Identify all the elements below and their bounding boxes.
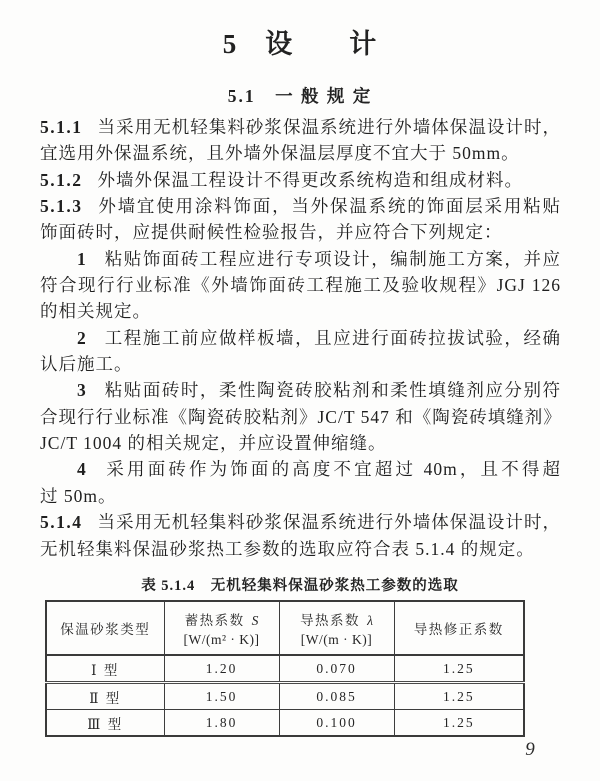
- mortar-type-cell: Ⅲ 型: [46, 710, 164, 737]
- clause-text: 当采用无机轻集料砂浆保温系统进行外墙体保温设计时，: [98, 512, 562, 532]
- clause-line: 5.1.2外墙外保温工程设计不得更改系统构造和组成材料。: [40, 167, 561, 193]
- clause-text: 粘贴饰面砖工程应进行专项设计，编制施工方案，并应: [104, 249, 561, 269]
- list-item-line: 1粘贴饰面砖工程应进行专项设计，编制施工方案，并应: [40, 246, 561, 272]
- page-number: 9: [505, 739, 555, 761]
- clause-line: 饰面砖时，应提供耐候性检验报告，并应符合下列规定：: [40, 219, 561, 245]
- mortar-type-cell: Ⅰ 型: [46, 655, 164, 683]
- header-symbol: S: [252, 613, 259, 628]
- clause-number: 5.1.3: [40, 196, 83, 216]
- table-row: Ⅲ 型1.800.1001.25: [46, 710, 524, 737]
- item-number: 2: [77, 328, 87, 348]
- table-header-cell: 蓄热系数S[W/(m² · K)]: [164, 601, 279, 655]
- table-header-row: 保温砂浆类型蓄热系数S[W/(m² · K)]导热系数λ[W/(m · K)]导…: [46, 601, 524, 655]
- header-unit: [W/(m² · K)]: [165, 632, 279, 648]
- item-number: 1: [77, 249, 87, 269]
- clause-line: 5.1.3外墙宜使用涂料饰面，当外保温系统的饰面层采用粘贴: [40, 193, 561, 219]
- item-number: 4: [77, 459, 87, 479]
- value-cell: 0.100: [279, 710, 394, 737]
- clause-number: 5.1.2: [40, 170, 83, 190]
- value-cell: 1.80: [164, 710, 279, 737]
- table-row: Ⅰ 型1.200.0701.25: [46, 655, 524, 683]
- clause-text: 工程施工前应做样板墙，且应进行面砖拉拔试验，经确: [104, 328, 561, 348]
- list-item-line: 符合现行行业标准《外墙饰面砖工程施工及验收规程》JGJ 126: [40, 272, 561, 298]
- table-header-cell: 导热修正系数: [394, 601, 524, 655]
- section-title: 5.1 一 般 规 定: [0, 83, 600, 108]
- list-item-line: 过 50m。: [40, 483, 561, 509]
- value-cell: 0.070: [279, 655, 394, 683]
- header-symbol: λ: [367, 613, 373, 628]
- value-cell: 1.50: [164, 683, 279, 710]
- document-page: 5 设 计 5.1 一 般 规 定 5.1.1当采用无机轻集料砂浆保温系统进行外…: [0, 0, 600, 781]
- list-item-line: JC/T 1004 的相关规定，并应设置伸缩缝。: [40, 430, 561, 456]
- list-item-line: 认后施工。: [40, 351, 561, 377]
- header-unit: [W/(m · K)]: [280, 632, 394, 648]
- value-cell: 1.25: [394, 683, 524, 710]
- header-title: 保温砂浆类型: [60, 622, 150, 637]
- item-number: 3: [77, 380, 87, 400]
- list-item-line: 3粘贴面砖时，柔性陶瓷砖胶粘剂和柔性填缝剂应分别符: [40, 377, 561, 403]
- thermal-parameters-table: 保温砂浆类型蓄热系数S[W/(m² · K)]导热系数λ[W/(m · K)]导…: [45, 600, 525, 737]
- header-title: 蓄热系数: [185, 613, 245, 628]
- clauses-container: 5.1.1当采用无机轻集料砂浆保温系统进行外墙体保温设计时，宜选用外保温系统，且…: [40, 114, 561, 562]
- list-item-line: 的相关规定。: [40, 298, 561, 324]
- table-header-cell: 导热系数λ[W/(m · K)]: [279, 601, 394, 655]
- chapter-title: 5 设 计: [0, 22, 600, 61]
- value-cell: 1.25: [394, 710, 524, 737]
- list-item-line: 4采用面砖作为饰面的高度不宜超过 40m，且不得超: [40, 456, 561, 482]
- table-row: Ⅱ 型1.500.0851.25: [46, 683, 524, 710]
- value-cell: 0.085: [279, 683, 394, 710]
- mortar-type-cell: Ⅱ 型: [46, 683, 164, 710]
- clause-line: 宜选用外保温系统，且外墙外保温层厚度不宜大于 50mm。: [40, 140, 561, 166]
- table-caption: 表 5.1.4 无机轻集料保温砂浆热工参数的选取: [0, 574, 600, 595]
- list-item-line: 合现行行业标准《陶瓷砖胶粘剂》JC/T 547 和《陶瓷砖填缝剂》: [40, 404, 561, 430]
- clause-text: 外墙宜使用涂料饰面，当外保温系统的饰面层采用粘贴: [98, 196, 562, 216]
- clause-text: 采用面砖作为饰面的高度不宜超过 40m，且不得超: [104, 459, 561, 479]
- clause-number: 5.1.1: [40, 117, 83, 137]
- clause-number: 5.1.4: [40, 512, 83, 532]
- value-cell: 1.20: [164, 655, 279, 683]
- clause-line: 5.1.4当采用无机轻集料砂浆保温系统进行外墙体保温设计时，: [40, 509, 561, 535]
- clause-text: 当采用无机轻集料砂浆保温系统进行外墙体保温设计时，: [98, 117, 562, 137]
- clause-text: 粘贴面砖时，柔性陶瓷砖胶粘剂和柔性填缝剂应分别符: [104, 380, 561, 400]
- list-item-line: 2工程施工前应做样板墙，且应进行面砖拉拔试验，经确: [40, 325, 561, 351]
- clause-text: 外墙外保温工程设计不得更改系统构造和组成材料。: [98, 170, 524, 190]
- header-title: 导热系数: [300, 613, 360, 628]
- header-title: 导热修正系数: [414, 622, 504, 637]
- table-header-cell: 保温砂浆类型: [46, 601, 164, 655]
- clause-line: 无机轻集料保温砂浆热工参数的选取应符合表 5.1.4 的规定。: [40, 536, 561, 562]
- value-cell: 1.25: [394, 655, 524, 683]
- clause-line: 5.1.1当采用无机轻集料砂浆保温系统进行外墙体保温设计时，: [40, 114, 561, 140]
- table-body: Ⅰ 型1.200.0701.25Ⅱ 型1.500.0851.25Ⅲ 型1.800…: [46, 655, 524, 736]
